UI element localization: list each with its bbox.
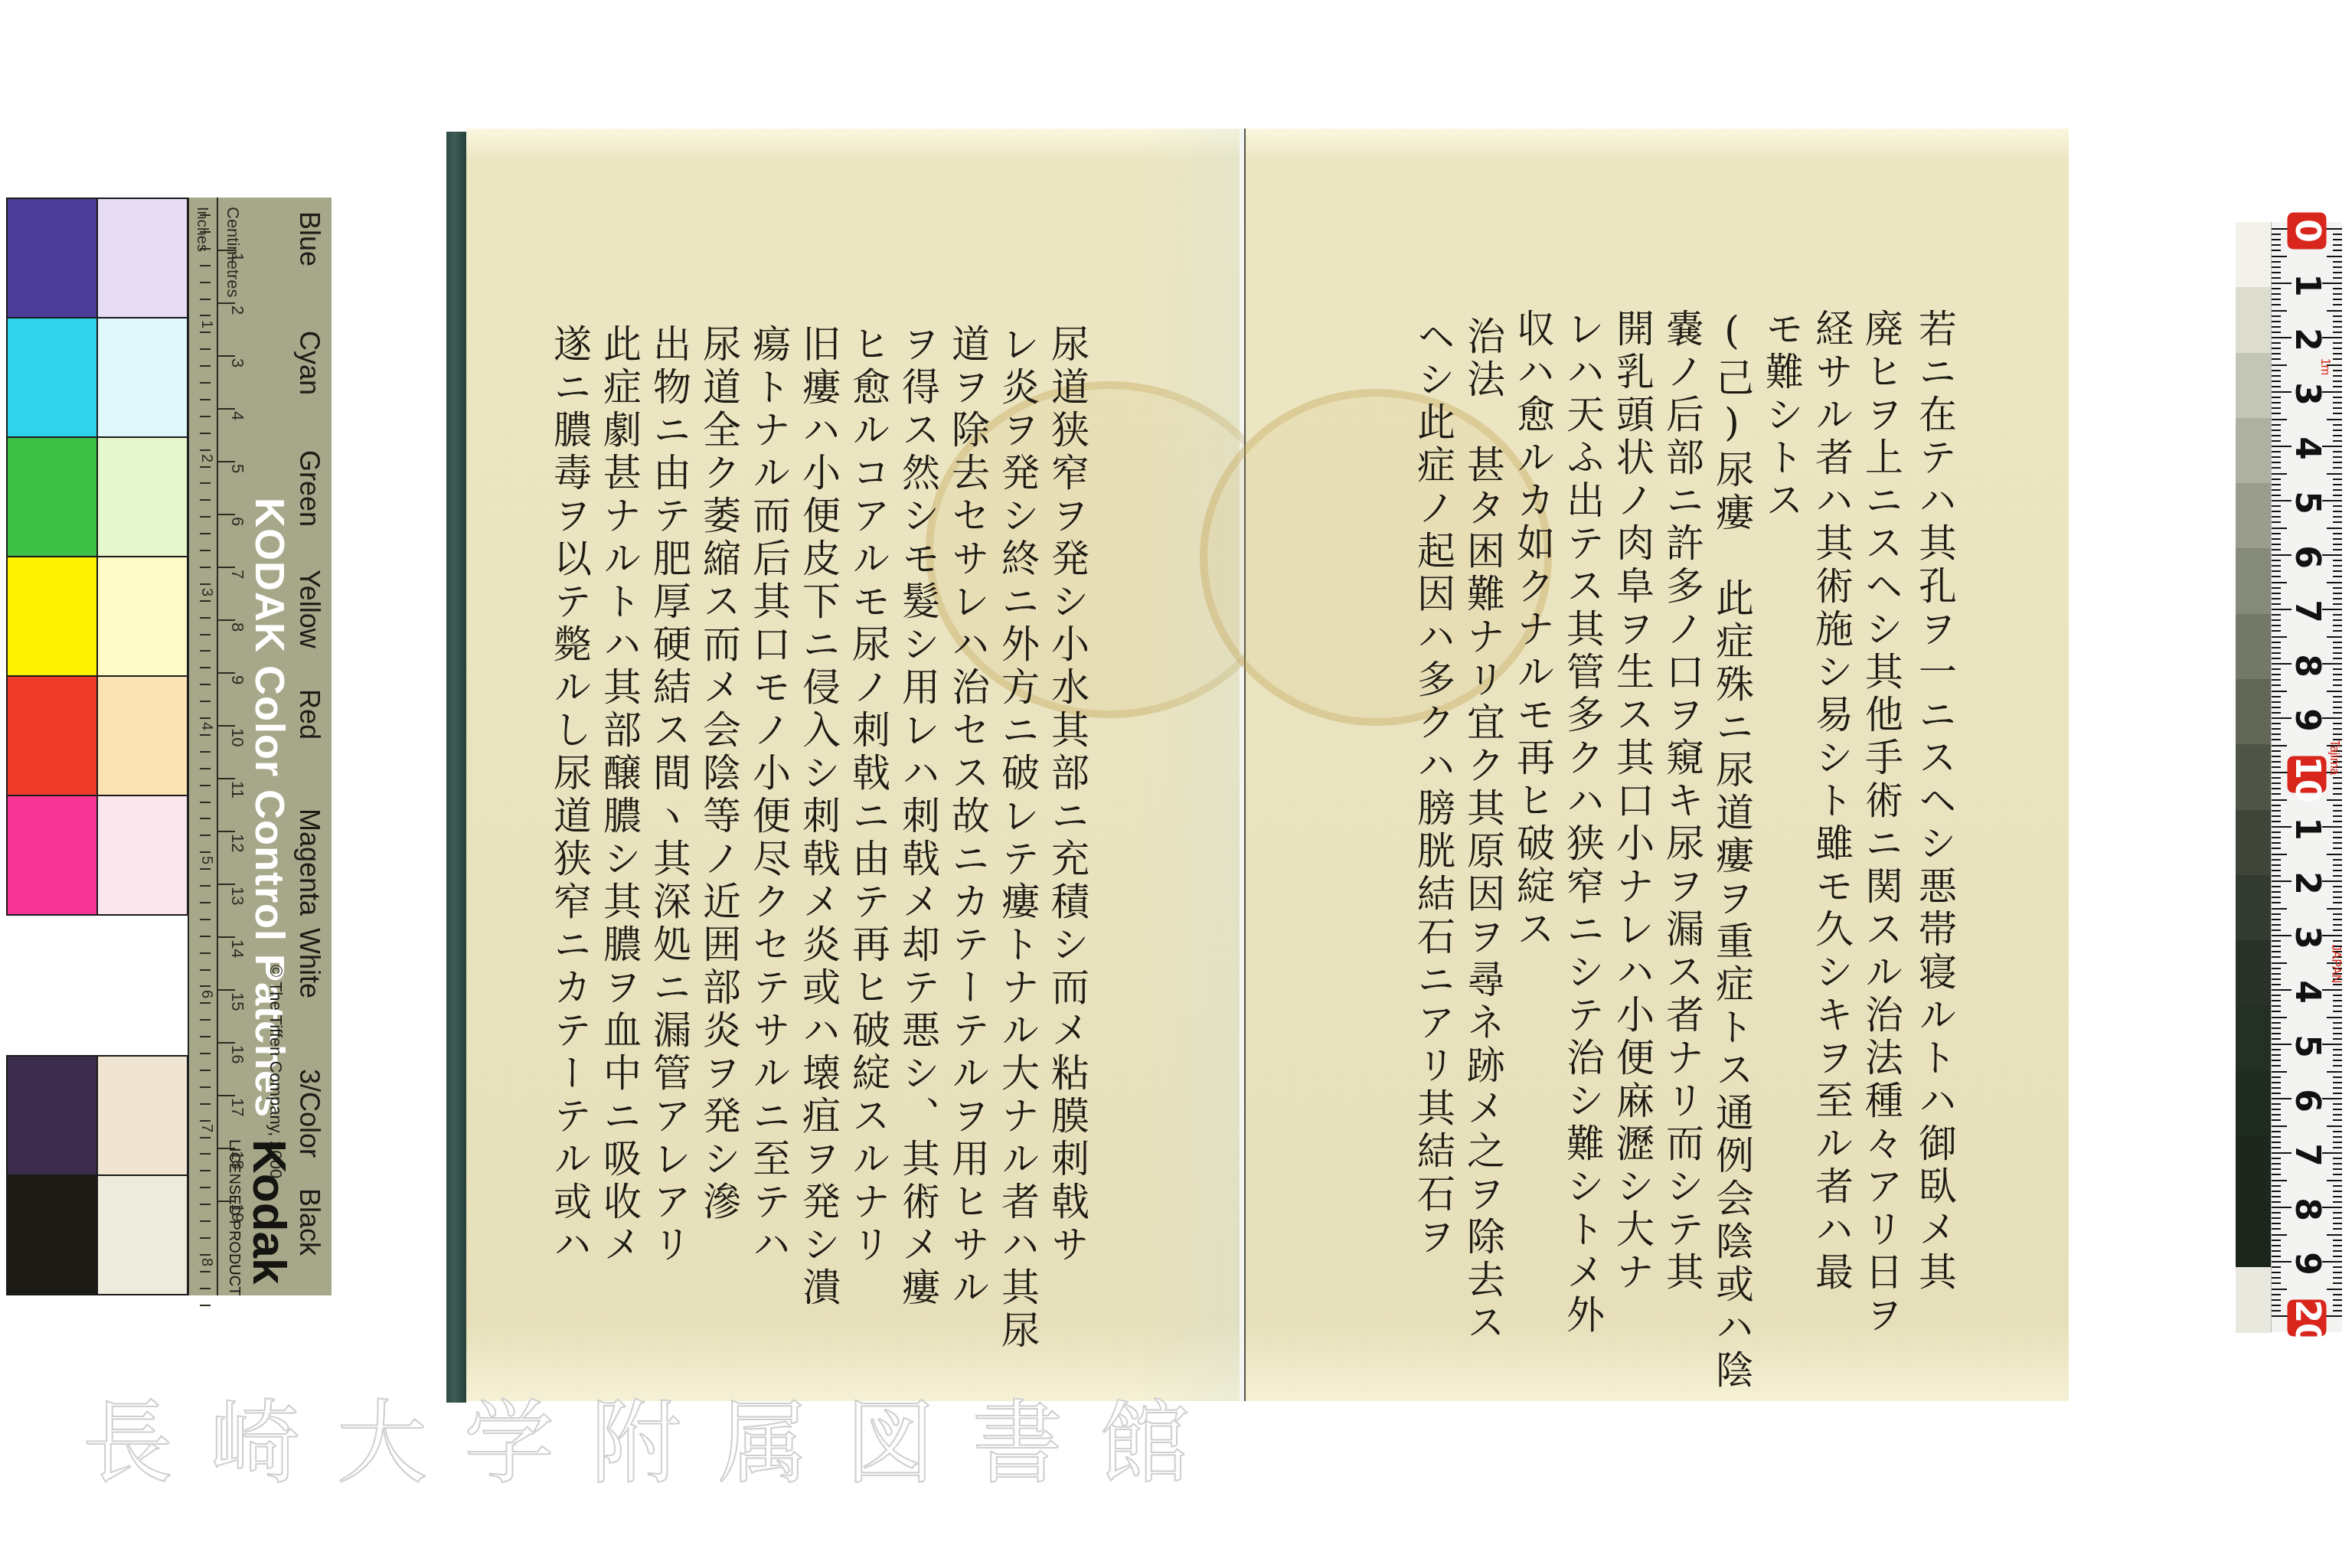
inch-subtick [200,1153,211,1155]
tape-tick [2333,1142,2342,1143]
inch-subtick [200,550,211,551]
tape-number: 8 [2288,1191,2327,1228]
left-page: 尿道狭窄ヲ発シ小水其部ニ充積シ而メ粘膜刺戟サレ炎ヲ発シ終ニ外方ニ破レテ瘻トナル大… [466,129,1240,1401]
tape-tick [2333,304,2342,305]
inch-number: 5 [198,856,215,864]
tape-tick [2272,805,2281,806]
tape-tick [2272,1294,2281,1295]
tape-tick [2272,603,2281,605]
inch-subtick [200,701,211,702]
inch-subtick [200,482,211,484]
inch-subtick [200,499,211,501]
page-fold-strip [1140,129,1255,1401]
inch-subtick [200,1187,211,1188]
tape-tick [2333,837,2342,838]
tape-tick [2333,1103,2342,1105]
manuscript-column: 道ヲ除去セサレハ治セス故ニカテーテルヲ用ヒサル [949,324,987,1310]
tape-tick [2327,473,2342,475]
right-page: 若ニ在テハ其孔ヲ一ニスヘシ悪帯寝ルトハ御臥メ其廃ヒヲ上ニスヘシ其他手術ニ関スル治… [1244,129,2069,1401]
tape-tick [2272,854,2287,855]
tape-tick [2272,538,2281,540]
inch-subtick [200,299,211,300]
tape-tick [2272,234,2281,235]
tape-tick [2333,679,2342,681]
tape-tick [2272,919,2281,920]
tape-tick [2272,549,2281,550]
tape-tick [2333,544,2342,545]
inch-subtick [200,1305,211,1306]
tape-tick [2333,1185,2342,1187]
tape-tick [2272,1196,2281,1197]
tape-tick [2272,1272,2281,1273]
tape-tick [2272,342,2281,344]
inch-subtick [200,466,211,468]
tape-number: 9 [2288,1246,2327,1282]
inch-subtick [200,516,211,518]
gray-step [2236,353,2271,419]
tape-tick [2272,875,2281,877]
tape-tick [2333,430,2342,431]
cm-number: 10 [227,728,247,746]
tape-tick [2272,1266,2281,1268]
tape-tick [2333,805,2342,806]
tape-number: 1 [2288,811,2327,848]
tape-tick [2272,679,2281,681]
cm-tick [217,408,235,410]
tape-tick [2272,739,2281,740]
cm-number: 18 [227,1151,247,1169]
tape-tick [2272,533,2281,534]
tape-tick [2333,375,2342,377]
inch-subtick [200,919,211,920]
cm-number: 4 [227,411,247,420]
tape-tick [2333,353,2342,354]
tape-tick [2272,419,2287,420]
tape-tick [2333,272,2342,273]
manuscript-column: レハ天ふ出テス其管多クハ狭窄ニシテ治シ難シトメ外 [1563,309,1602,1338]
inch-subtick [200,231,211,233]
inch-number: 4 [198,722,215,730]
manuscript-column: モ難シトス [1762,309,1801,523]
tape-tick [2272,288,2281,289]
tape-tick [2272,946,2281,947]
tape-tick [2333,891,2342,893]
manuscript-column: 収ハ愈ルカ如クナルモ再ヒ破綻ス [1514,309,1552,952]
tape-tick [2272,723,2281,724]
tape-tick [2333,1305,2342,1306]
tape-tick [2333,386,2342,387]
cm-number: 16 [227,1045,247,1063]
inch-subtick [200,1019,211,1021]
manuscript-column: 瘍トナル而后其口モノ小便尽クセテサルニ至テハ [750,324,788,1267]
tape-number: 4 [2288,974,2327,1011]
tape-tick [2272,745,2287,746]
tape-tick [2333,1038,2342,1040]
tape-tick [2272,810,2281,812]
manuscript-column: 廃ヒヲ上ニスヘシ其他手術ニ関スル治法種々アリ日ヲ [1862,309,1900,1338]
tape-tick [2333,859,2342,861]
patch-label: Black [293,1188,325,1256]
cm-number: 15 [227,992,247,1011]
tape-tick [2327,854,2342,855]
tape-tick [2272,674,2281,675]
tape-tick [2272,815,2281,817]
tape-tick [2272,913,2281,915]
gray-step [2236,1267,2271,1333]
tape-tick [2272,924,2281,926]
tape-tick [2333,533,2342,534]
tape-tick [2272,321,2281,322]
cm-number: 9 [227,675,247,684]
tape-tick [2272,1234,2287,1236]
tape-tick [2272,630,2281,632]
cm-tick [217,1095,235,1096]
tape-tick [2272,696,2281,697]
tape-tick [2272,1060,2281,1061]
tape-tick [2333,332,2342,333]
manuscript-column: ヒ愈ルコアルモ尿ノ刺戟ニ由テ再ヒ破綻スルナリ [849,324,887,1267]
manuscript-column: 出物ニ由テ肥厚硬結ス間ヽ其深処ニ漏管アレアリ [650,324,688,1267]
patch-label: White [293,928,325,998]
tape-tick [2272,652,2281,654]
tape-tick [2272,1093,2281,1094]
cm-tick [217,567,235,568]
tape-tick [2272,886,2281,887]
tape-tick [2333,1131,2342,1132]
inch-subtick [200,1204,211,1205]
tape-tick [2327,1180,2342,1181]
tape-tick [2272,370,2281,371]
tape-tick [2272,407,2281,409]
tape-tick [2333,1136,2342,1138]
open-manuscript-book: 尿道狭窄ヲ発シ小水其部ニ充積シ而メ粘膜刺戟サレ炎ヲ発シ終ニ外方ニ破レテ瘻トナル大… [446,129,2069,1403]
tape-tick [2333,603,2342,605]
tape-tick [2272,891,2281,893]
cm-number: 3 [227,358,247,367]
tape-tick [2333,1250,2342,1252]
color-patch-magenta-light [96,795,188,916]
tape-tick [2333,696,2342,697]
tape-tick [2272,908,2287,910]
inch-subtick [200,365,211,367]
color-patch-magenta-strong [6,795,98,916]
color-patches [6,198,187,1295]
tape-tick [2333,1266,2342,1268]
tape-tick [2333,1065,2342,1067]
tape-tick [2272,1033,2281,1034]
tape-tick [2333,511,2342,512]
inch-subtick [200,868,211,870]
inch-number: 2 [198,454,215,462]
tape-tick [2272,864,2281,866]
tape-tick [2272,1228,2281,1230]
cm-number: 5 [227,464,247,473]
tape-tick [2333,1114,2342,1116]
tape-tick [2272,1005,2281,1007]
tape-tick [2272,750,2281,752]
cm-tick [217,1148,235,1149]
cm-tick [217,884,235,885]
cm-tick [217,355,235,357]
gray-step [2236,1136,2271,1202]
tape-tick [2272,984,2281,985]
tape-tick [2272,842,2281,844]
manuscript-column: 尿道狭窄ヲ発シ小水其部ニ充積シ而メ粘膜刺戟サ [1048,324,1086,1267]
tape-tick [2272,1185,2281,1187]
tape-tick [2333,358,2342,360]
tape-number: 3 [2288,920,2327,956]
tape-tick [2272,1191,2281,1192]
cm-tick [217,461,235,462]
tape-tick [2272,413,2281,414]
inch-subtick [200,1254,211,1256]
tape-number: 5 [2288,1028,2327,1065]
tape-tick [2327,528,2342,529]
tape-tick [2272,619,2281,621]
manuscript-column: 開乳頭状ノ肉阜ヲ生ス其口小ナレハ小便麻瀝シ大ナ [1613,309,1651,1295]
tape-tick [2333,658,2342,659]
tape-tick [2272,1082,2281,1083]
cm-tick [217,1042,235,1044]
tape-red-marking: 1m [2318,358,2331,375]
tape-tick [2272,821,2281,822]
tape-tick [2272,1119,2281,1121]
tape-tick [2272,304,2281,305]
color-patch-blue-light [96,198,188,318]
tape-tick [2327,1071,2342,1073]
tape-tick [2272,782,2281,784]
inch-subtick [200,734,211,736]
tape-tick [2272,929,2281,931]
tape-number: 10 [2288,756,2327,793]
tape-tick [2333,1033,2342,1034]
tape-tick [2272,348,2281,349]
inch-subtick [200,1002,211,1004]
gray-step [2236,1006,2271,1072]
tape-tick [2272,440,2281,442]
tape-tick [2333,924,2342,926]
patch-label: Yellow [293,570,325,648]
tape-number: 2 [2288,322,2327,358]
color-patch-black-strong [6,1174,98,1295]
tape-tick [2333,456,2342,458]
inch-subtick [200,1103,211,1105]
tape-tick [2272,1174,2281,1175]
tape-tick [2333,462,2342,463]
tape-tick [2272,593,2281,594]
tape-tick [2333,576,2342,577]
patch-label: 3/Color [293,1069,325,1158]
cm-tick [217,725,235,727]
manuscript-column: (己)尿瘻 此症殊ニ尿道瘻ヲ重症トス通例会陰或ハ陰 [1713,309,1751,1393]
tape-tick [2333,1240,2342,1241]
inch-subtick [200,851,211,853]
tape-tick [2333,831,2342,833]
tape-tick [2272,956,2281,958]
tape-tick [2272,1136,2281,1138]
tape-tick [2272,430,2281,431]
tape-tick [2333,1093,2342,1094]
gray-step [2236,1201,2271,1267]
tape-tick [2333,1054,2342,1056]
tape-tick [2333,381,2342,382]
inch-subtick [200,348,211,350]
tape-tick [2272,777,2281,779]
tape-tick [2333,1027,2342,1029]
tape-tick [2272,1163,2281,1165]
tape-tick [2333,467,2342,469]
tape-tick [2272,1277,2281,1279]
cm-tick [217,619,235,621]
tape-tick [2333,913,2342,915]
tape-tick [2333,315,2342,317]
tape-tick [2333,1277,2342,1279]
tape-tick [2333,288,2342,289]
tape-tick [2333,1212,2342,1214]
tape-tick [2272,1305,2281,1306]
tape-tick [2327,1234,2342,1236]
inch-subtick [200,818,211,819]
tape-tick [2333,842,2342,844]
tape-tick [2272,467,2281,469]
color-patch-3-color-light [96,1055,188,1176]
tape-tick [2272,332,2281,333]
tape-tick [2333,701,2342,703]
tape-tick [2333,1223,2342,1224]
inch-subtick [200,717,211,719]
tape-tick [2272,973,2281,975]
tape-tick [2333,625,2342,626]
tape-tick [2333,919,2342,920]
tape-tick [2272,707,2281,708]
tape-tick [2272,364,2287,366]
tape-tick [2272,1027,2281,1029]
tape-tick [2327,691,2342,692]
gray-step [2236,679,2271,745]
tape-tick [2333,266,2342,268]
tape-tick [2333,782,2342,784]
tape-tick [2333,793,2342,795]
tape-tick [2333,647,2342,648]
tape-number: 1 [2288,267,2327,304]
tape-red-marking: Tajima [2327,740,2341,775]
tape-tick [2272,897,2281,898]
tape-tick [2333,674,2342,675]
tape-tick [2333,293,2342,295]
cm-number: 14 [227,939,247,958]
tape-tick [2272,940,2281,942]
tape-tick [2272,386,2281,387]
tape-tick [2272,1240,2281,1241]
patch-label: Blue [293,211,325,266]
manuscript-column: レ炎ヲ発シ終ニ外方ニ破レテ瘻トナル大ナル者ハ其尿 [998,324,1037,1353]
tape-tick [2272,375,2281,377]
gray-step [2236,614,2271,680]
tape-tick [2272,1158,2281,1159]
inch-subtick [200,1137,211,1138]
tape-tick [2272,489,2281,491]
inch-subtick [200,835,211,836]
tape-tick [2272,381,2281,382]
inch-subtick [200,282,211,283]
manuscript-column: 経サル者ハ其術施シ易シト雖モ久シキヲ至ル者ハ最 [1812,309,1851,1295]
tape-tick [2272,859,2281,861]
gray-step [2236,875,2271,941]
tape-tick [2272,1103,2281,1105]
tape-tick [2333,593,2342,594]
gray-step [2236,287,2271,353]
tape-tick [2272,1114,2281,1116]
tape-tick [2327,1017,2342,1018]
tape-tick [2333,489,2342,491]
tape-tick [2333,1272,2342,1273]
tape-tick [2333,902,2342,903]
tape-tick [2272,1076,2281,1078]
tape-tick [2272,701,2281,703]
tape-tick [2333,342,2342,344]
inch-subtick [200,768,211,769]
tape-tick [2272,402,2281,403]
inch-subtick [200,265,211,266]
inch-number: 8 [198,1258,215,1266]
tape-tick [2333,484,2342,485]
inch-subtick [200,1288,211,1289]
manuscript-column: 尿道全ク萎縮ス而メ会陰等ノ近囲部炎ヲ発シ滲 [700,324,738,1224]
tape-tick [2272,1109,2281,1110]
tape-tick [2333,549,2342,550]
manuscript-column: 此症劇甚ナルトハ其部醸膿シ其膿ヲ血中ニ吸收メ [600,324,639,1267]
tape-number: 20 [2288,1300,2327,1337]
tape-tick [2333,1217,2342,1219]
inch-subtick [200,667,211,668]
tape-tick [2272,598,2281,599]
inch-subtick [200,248,211,250]
manuscript-column: 旧瘻ハ小便皮下ニ侵入シ刺戟メ炎或ハ壊疽ヲ発シ潰 [799,324,838,1310]
tape-tick [2272,766,2281,768]
cm-tick [217,989,235,991]
inch-number: 7 [198,1124,215,1132]
manuscript-column: 遂ニ膿毒ヲ以テ斃ルし尿道狭窄ニカテーテル或ハ [550,324,589,1267]
gray-scale-strip [2236,222,2271,1332]
tape-tick [2333,1256,2342,1257]
inch-subtick [200,751,211,753]
tape-tick [2333,1060,2342,1061]
tape-tick [2272,848,2281,849]
tape-tick [2333,940,2342,942]
tape-tick [2272,521,2281,523]
inch-subtick [200,969,211,971]
cm-number: 7 [227,570,247,579]
tape-tick [2272,299,2281,300]
tape-tick [2272,293,2281,295]
tape-number: 6 [2288,539,2327,576]
color-patch-cyan-strong [6,317,98,438]
tape-tick [2333,810,2342,812]
tape-tick [2272,1087,2281,1089]
tape-tick [2272,837,2281,838]
kodak-label-band: Centimetres Inches KODAK Color Control P… [188,198,332,1295]
tape-tick [2272,462,2281,463]
inch-subtick [200,416,211,417]
manuscript-column: ヲ得ス然シモ髮シ用レハ刺戟メ却テ悪シ、其術メ瘻 [899,324,937,1310]
tape-tick [2333,1299,2342,1301]
tape-tick [2333,495,2342,496]
tape-tick [2272,315,2281,317]
color-patch-blue-strong [6,198,98,318]
inch-subtick [200,1070,211,1071]
inch-subtick [200,399,211,400]
tape-number: 4 [2288,430,2327,467]
